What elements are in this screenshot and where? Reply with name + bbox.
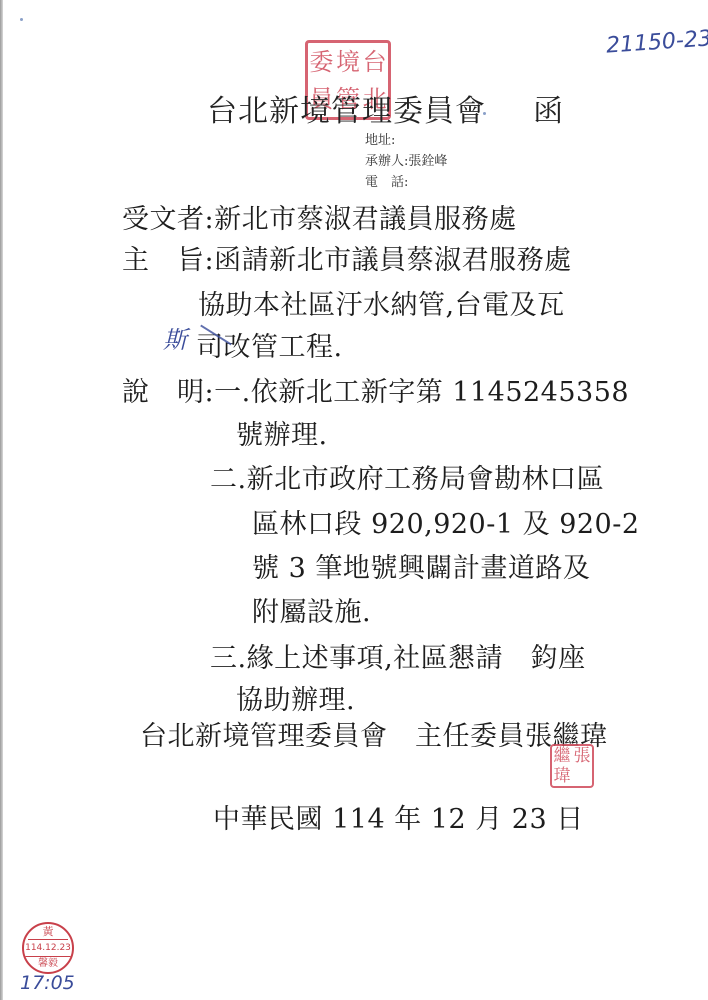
explanation-item-3-line-1: 三.緣上述事項,社區懇請 鈞座	[210, 636, 586, 675]
seal-char	[572, 766, 592, 786]
address-label: 地址:	[365, 133, 395, 148]
handler-value: 張銓峰	[408, 154, 447, 169]
handwritten-serial-number: 21150-23	[605, 26, 708, 58]
recipient-value: 新北市蔡淑君議員服務處	[214, 204, 517, 235]
seal-char: 台	[361, 43, 388, 80]
item-text: 緣上述事項,社區懇請 鈞座	[247, 643, 586, 674]
explanation-item-2-line-1: 二.新北市政府工務局會勘林口區	[210, 457, 604, 496]
handler-line: 承辦人:張銓峰	[365, 150, 447, 169]
explanation-label: 說 明:	[122, 377, 214, 408]
item-marker: 一.	[214, 377, 251, 408]
item-marker: 二.	[210, 464, 247, 495]
explanation-item-1-line-2: 號辦理.	[236, 413, 328, 452]
subject-text: 函請新北市議員蔡淑君服務處	[214, 245, 572, 276]
seal-char: 境	[335, 43, 362, 80]
handwritten-correction: 斯	[163, 320, 187, 355]
signature-line: 台北新境管理委員會 主任委員張繼瑋	[140, 714, 608, 753]
recipient-label: 受文者:	[122, 204, 214, 235]
chair-seal: 張 繼 瑋	[550, 744, 594, 788]
handler-label: 承辦人:	[365, 154, 408, 169]
explanation-item-2-line-3: 號 3 筆地號興闢計畫道路及	[252, 546, 590, 585]
subject-line-3: 司改管工程.	[196, 325, 343, 364]
stamp-given-name: 馨毅	[24, 957, 72, 971]
recipient-line: 受文者:新北市蔡淑君議員服務處	[122, 197, 517, 236]
item-text: 新北市政府工務局會勘林口區	[247, 464, 605, 495]
organization-name: 台北新境管理委員會	[207, 94, 486, 129]
explanation-item-1-line-1: 說 明:一.依新北工新字第 1145245358	[122, 370, 629, 409]
stamp-date: 114.12.23	[24, 940, 72, 957]
address-line: 地址:	[365, 129, 395, 148]
seal-char: 委	[308, 43, 335, 80]
explanation-item-2-line-4: 附屬設施.	[252, 590, 371, 629]
scan-speck	[483, 112, 486, 115]
stamp-surname: 黃	[28, 924, 68, 940]
scan-edge	[0, 0, 3, 1000]
phone-label: 電 話:	[365, 175, 408, 190]
seal-char: 繼	[552, 746, 572, 766]
scan-speck	[20, 18, 23, 21]
seal-char: 瑋	[552, 766, 572, 786]
document-date: 中華民國 114 年 12 月 23 日	[213, 797, 584, 836]
phone-line: 電 話:	[365, 171, 408, 190]
seal-char: 張	[572, 746, 592, 766]
subject-line-1: 主 旨:函請新北市議員蔡淑君服務處	[122, 238, 572, 277]
item-text: 依新北工新字第 1145245358	[251, 377, 629, 408]
subject-label: 主 旨:	[122, 245, 214, 276]
document-title: 台北新境管理委員會 函	[207, 86, 564, 130]
item-marker: 三.	[210, 643, 247, 674]
handwritten-time: 17:05	[20, 972, 75, 994]
document-type: 函	[533, 94, 564, 129]
explanation-item-2-line-2: 區林口段 920,920-1 及 920-2	[252, 502, 640, 541]
subject-line-2: 協助本社區汙水納管,台電及瓦	[198, 283, 565, 322]
received-date-stamp: 黃 114.12.23 馨毅	[22, 922, 74, 974]
explanation-item-3-line-2: 協助辦理.	[236, 678, 355, 717]
